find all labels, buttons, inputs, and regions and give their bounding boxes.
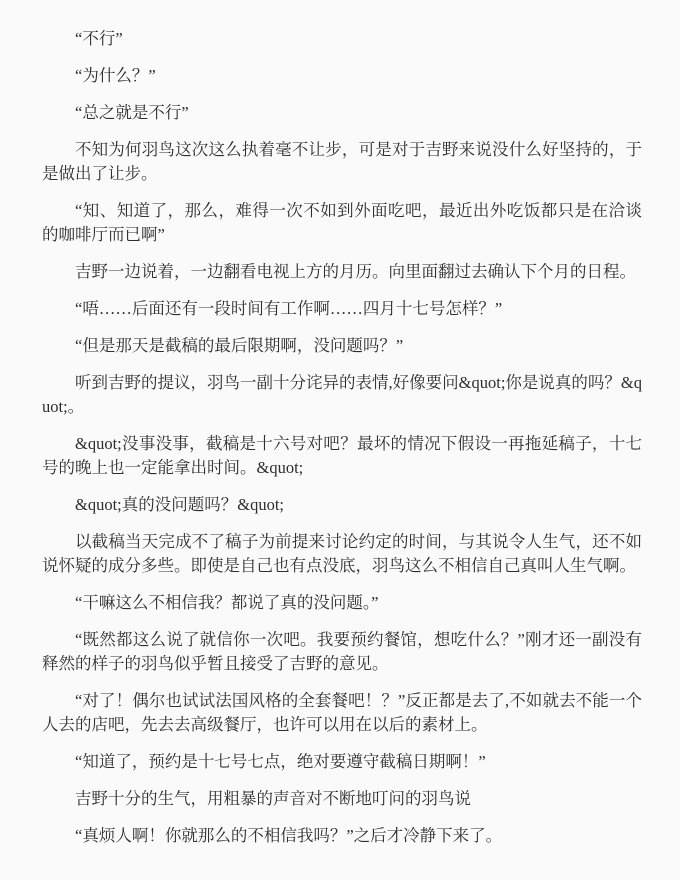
paragraph: “唔……后面还有一段时间有工作啊……四月十七号怎样？” bbox=[42, 297, 642, 321]
paragraph: “既然都这么说了就信你一次吧。我要预约餐馆，想吃什么？”刚才还一副没有释然的样子… bbox=[42, 628, 642, 676]
paragraph: “对了！偶尔也试试法国风格的全套餐吧！？”反正都是去了,不如就去不能一个人去的店… bbox=[42, 689, 642, 737]
paragraph: “真烦人啊！你就那么的不相信我吗？”之后才冷静下来了。 bbox=[42, 824, 642, 848]
paragraph: “知道了，预约是十七号七点，绝对要遵守截稿日期啊！” bbox=[42, 750, 642, 774]
paragraph: &quot;没事没事，截稿是十六号对吧？最坏的情况下假设一再拖延稿子，十七号的晚… bbox=[42, 432, 642, 480]
paragraph: “为什么？” bbox=[42, 64, 642, 88]
document-page: “不行” “为什么？” “总之就是不行” 不知为何羽鸟这次这么执着毫不让步，可是… bbox=[0, 0, 680, 880]
paragraph: “但是那天是截稿的最后限期啊，没问题吗？” bbox=[42, 334, 642, 358]
paragraph: “不行” bbox=[42, 27, 642, 51]
paragraph: “干嘛这么不相信我？都说了真的没问题。” bbox=[42, 591, 642, 615]
paragraph: “知、知道了，那么，难得一次不如到外面吃吧，最近出外吃饭都只是在洽谈的咖啡厅而已… bbox=[42, 199, 642, 247]
paragraph: &quot;真的没问题吗？&quot; bbox=[42, 493, 642, 517]
paragraph: 以截稿当天完成不了稿子为前提来讨论约定的时间，与其说令人生气，还不如说怀疑的成分… bbox=[42, 530, 642, 578]
paragraph: 听到吉野的提议，羽鸟一副十分诧异的表情,好像要问&quot;你是说真的吗？&qu… bbox=[42, 371, 642, 419]
paragraph: 吉野一边说着，一边翻看电视上方的月历。向里面翻过去确认下个月的日程。 bbox=[42, 260, 642, 284]
paragraph: “总之就是不行” bbox=[42, 101, 642, 125]
paragraph: 不知为何羽鸟这次这么执着毫不让步，可是对于吉野来说没什么好坚持的，于是做出了让步… bbox=[42, 138, 642, 186]
paragraph: 吉野十分的生气，用粗暴的声音对不断地叮问的羽鸟说 bbox=[42, 787, 642, 811]
